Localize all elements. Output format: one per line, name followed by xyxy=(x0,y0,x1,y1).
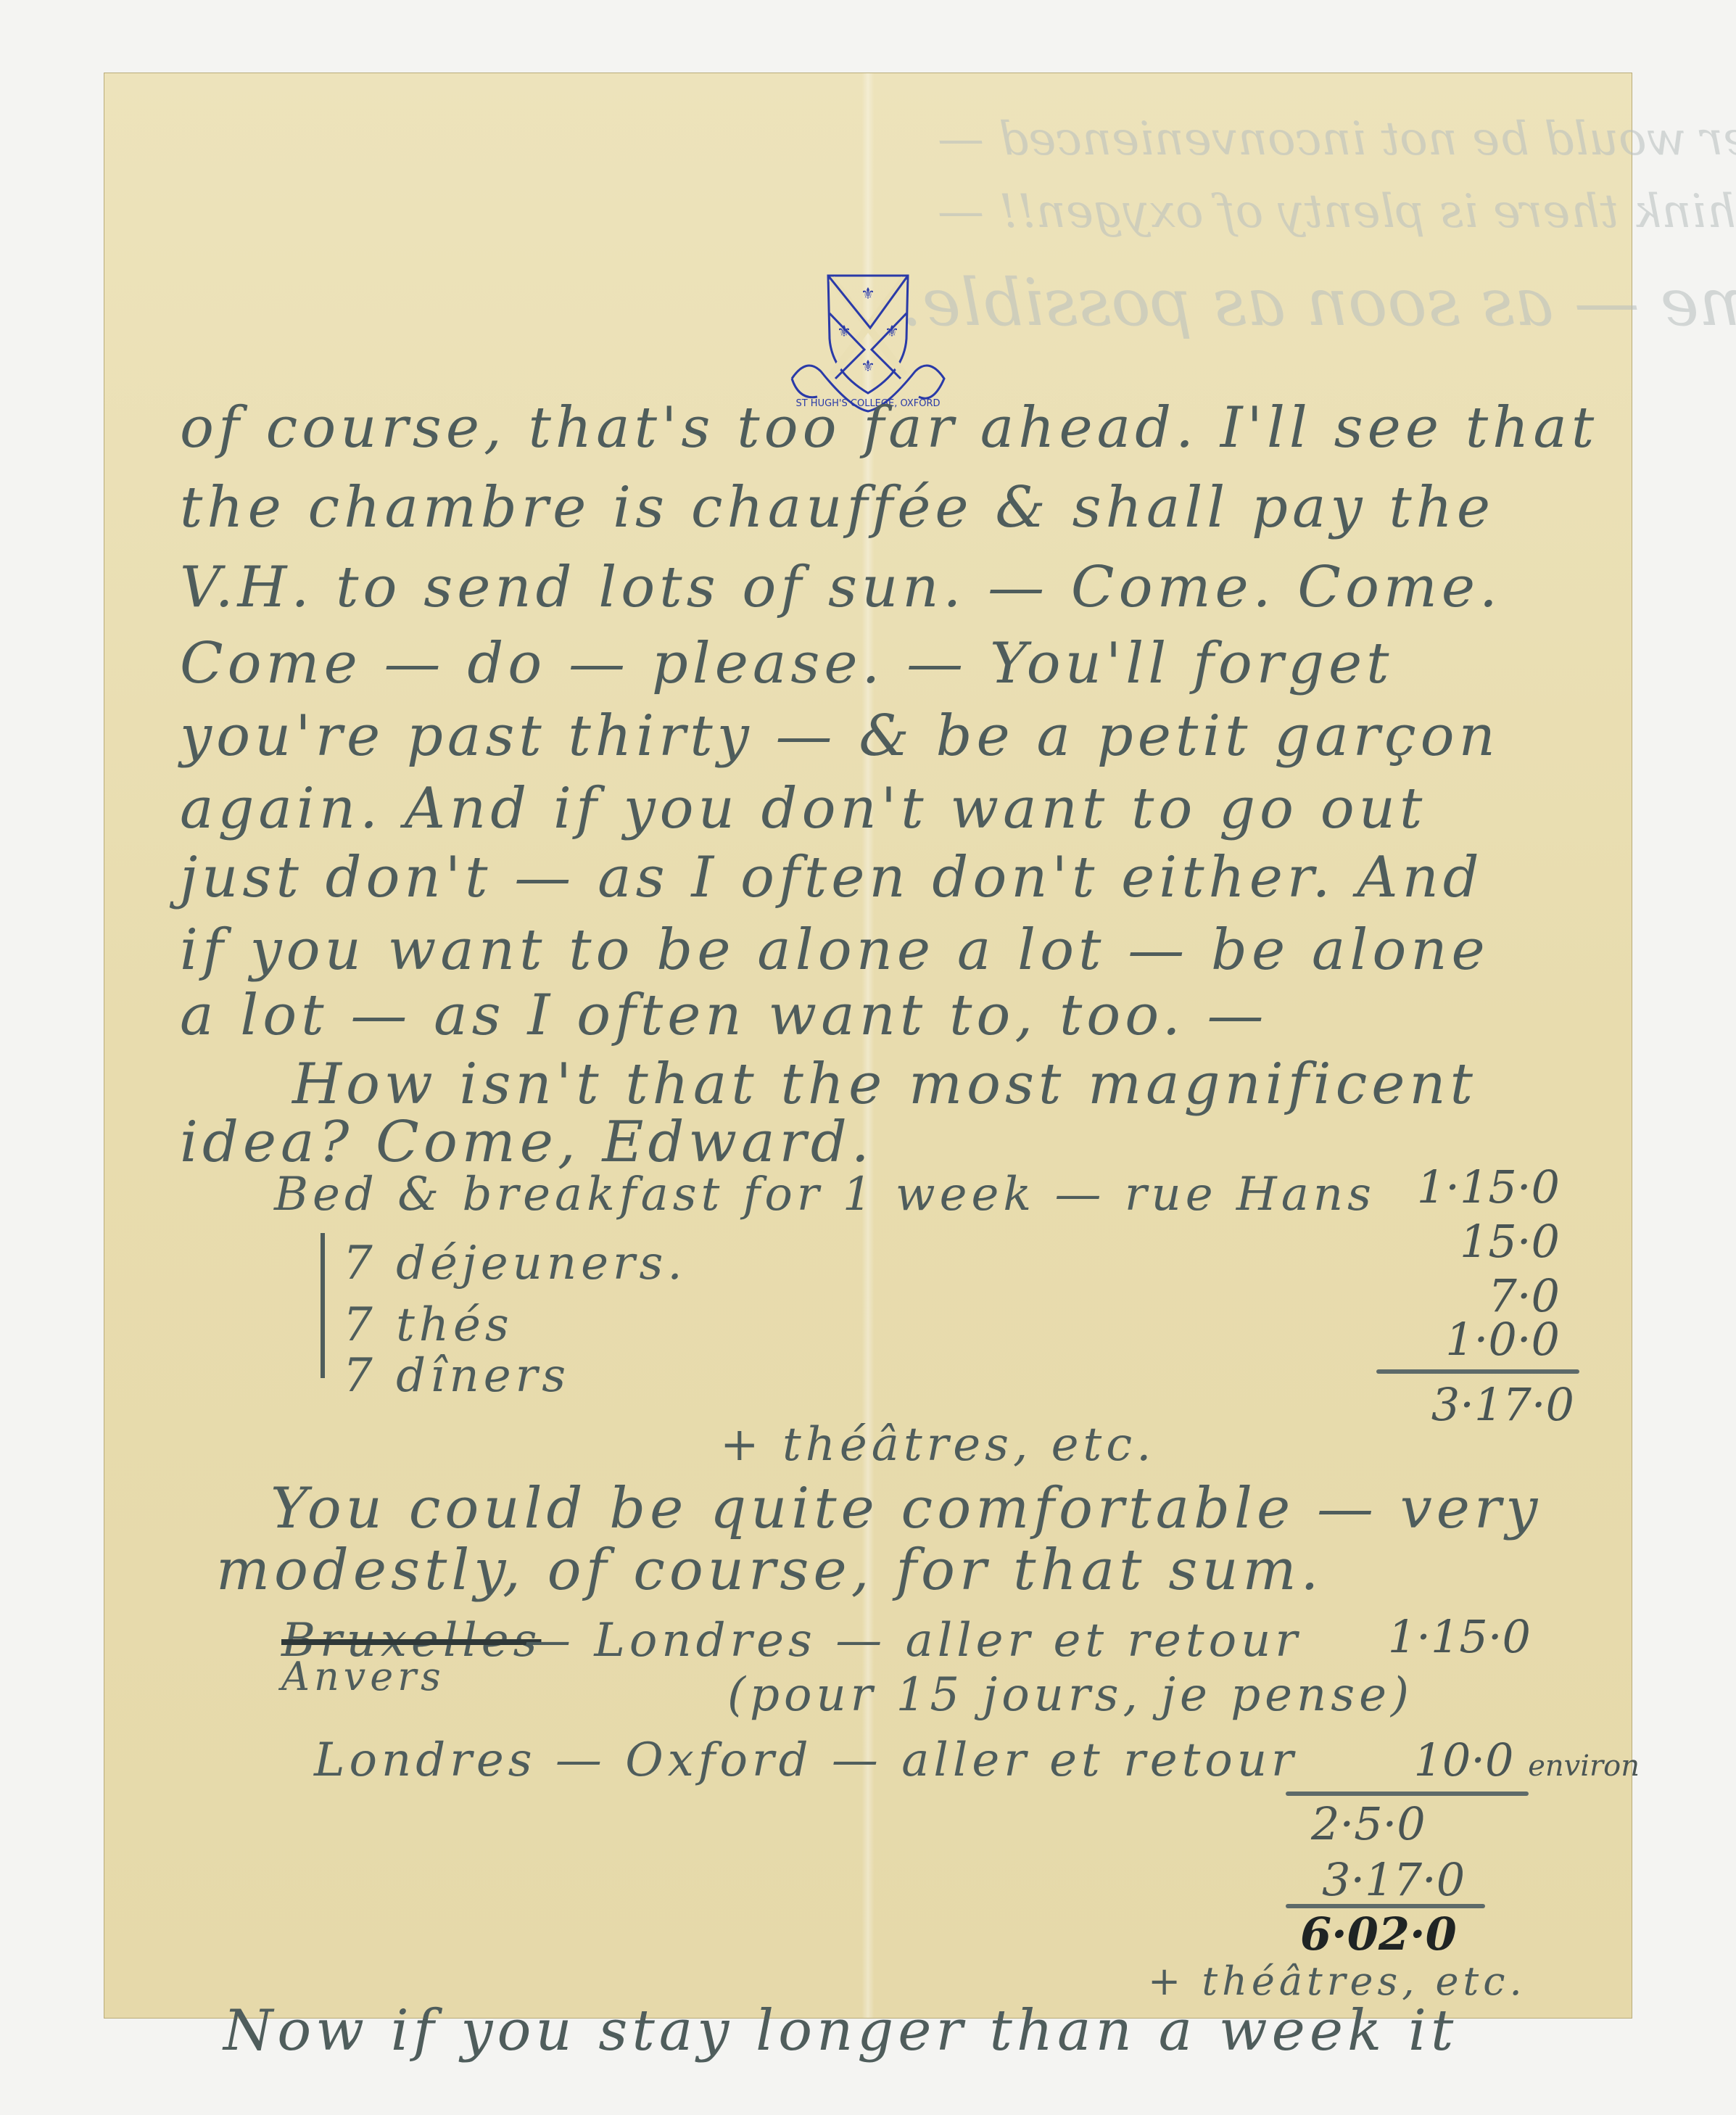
sum-line-2: 3·17·0 xyxy=(1322,1853,1465,1906)
expense-item-label: 7 déjeuners. xyxy=(343,1237,687,1290)
bleed-through-line-2: & think there is plenty of oxygen!! — xyxy=(938,185,1736,239)
svg-text:⚜: ⚜ xyxy=(837,323,851,341)
route-1: — Londres — aller et retour xyxy=(524,1614,1302,1667)
svg-text:⚜: ⚜ xyxy=(861,285,875,303)
expense-item-label: 7 dîners xyxy=(343,1349,570,1403)
expense-item-amount: 1·0·0 xyxy=(1445,1313,1560,1366)
svg-text:⚜: ⚜ xyxy=(885,323,899,341)
expense-note: + théâtres, etc. xyxy=(720,1418,1155,1472)
expense-subtotal: 3·17·0 xyxy=(1431,1378,1574,1431)
body-line: you're past thirty — & be a petit garçon xyxy=(180,704,1500,769)
route-2-amount-value: 10·0 xyxy=(1413,1733,1513,1786)
body-line: if you want to be alone a lot — be alone xyxy=(180,918,1489,983)
letter-page: reader would be not inconvenienced — & t… xyxy=(104,73,1632,2019)
body-line: the chambre is chauffée & shall pay the xyxy=(180,475,1495,540)
travel-total: 6·02·0 xyxy=(1300,1908,1457,1961)
body-line: a lot — as I often want to, too. — xyxy=(180,983,1268,1048)
body-line: just don't — as I often don't either. An… xyxy=(180,845,1484,910)
route-1-amount: 1·15·0 xyxy=(1388,1610,1531,1663)
travel-note: + théâtres, etc. xyxy=(1148,1958,1526,2004)
body-line: of course, that's too far ahead. I'll se… xyxy=(180,395,1598,461)
bleed-through-line-3: Come — as soon as possible. xyxy=(901,265,1736,341)
comfort-line-1: You could be quite comfortable — very xyxy=(270,1476,1542,1541)
route-2-suffix: environ xyxy=(1528,1749,1640,1783)
body-line: idea? Come, Edward. xyxy=(180,1110,874,1175)
expense-item-label: Bed & breakfast for 1 week — rue Hans xyxy=(274,1168,1376,1221)
svg-text:⚜: ⚜ xyxy=(861,358,875,376)
expense-item-amount: 15·0 xyxy=(1460,1215,1560,1268)
route-2: Londres — Oxford — aller et retour xyxy=(314,1733,1298,1787)
route-1-note: (pour 15 jours, je pense) xyxy=(727,1668,1413,1722)
route-2-amount: 10·0 environ xyxy=(1413,1733,1640,1786)
subtotal-rule xyxy=(1376,1369,1579,1374)
body-line: again. And if you don't want to go out xyxy=(180,776,1426,841)
closing-line: Now if you stay longer than a week it xyxy=(223,1998,1458,2064)
comfort-line-2: modestly, of course, for that sum. xyxy=(216,1538,1323,1603)
body-line: V.H. to send lots of sun. — Come. Come. xyxy=(180,555,1502,620)
replacement-word: Anvers xyxy=(281,1654,445,1699)
expense-item-label: 7 thés xyxy=(343,1298,513,1352)
bracket-mark xyxy=(310,1233,325,1378)
expense-item-amount: 1·15·0 xyxy=(1417,1160,1560,1213)
sum-line-1: 2·5·0 xyxy=(1311,1797,1426,1850)
body-line: Come — do — please. — You'll forget xyxy=(180,631,1394,696)
sum-rule-1 xyxy=(1286,1792,1529,1796)
body-line: How isn't that the most magnificent xyxy=(292,1052,1477,1117)
bleed-through-line-1: reader would be not inconvenienced — xyxy=(938,112,1736,166)
